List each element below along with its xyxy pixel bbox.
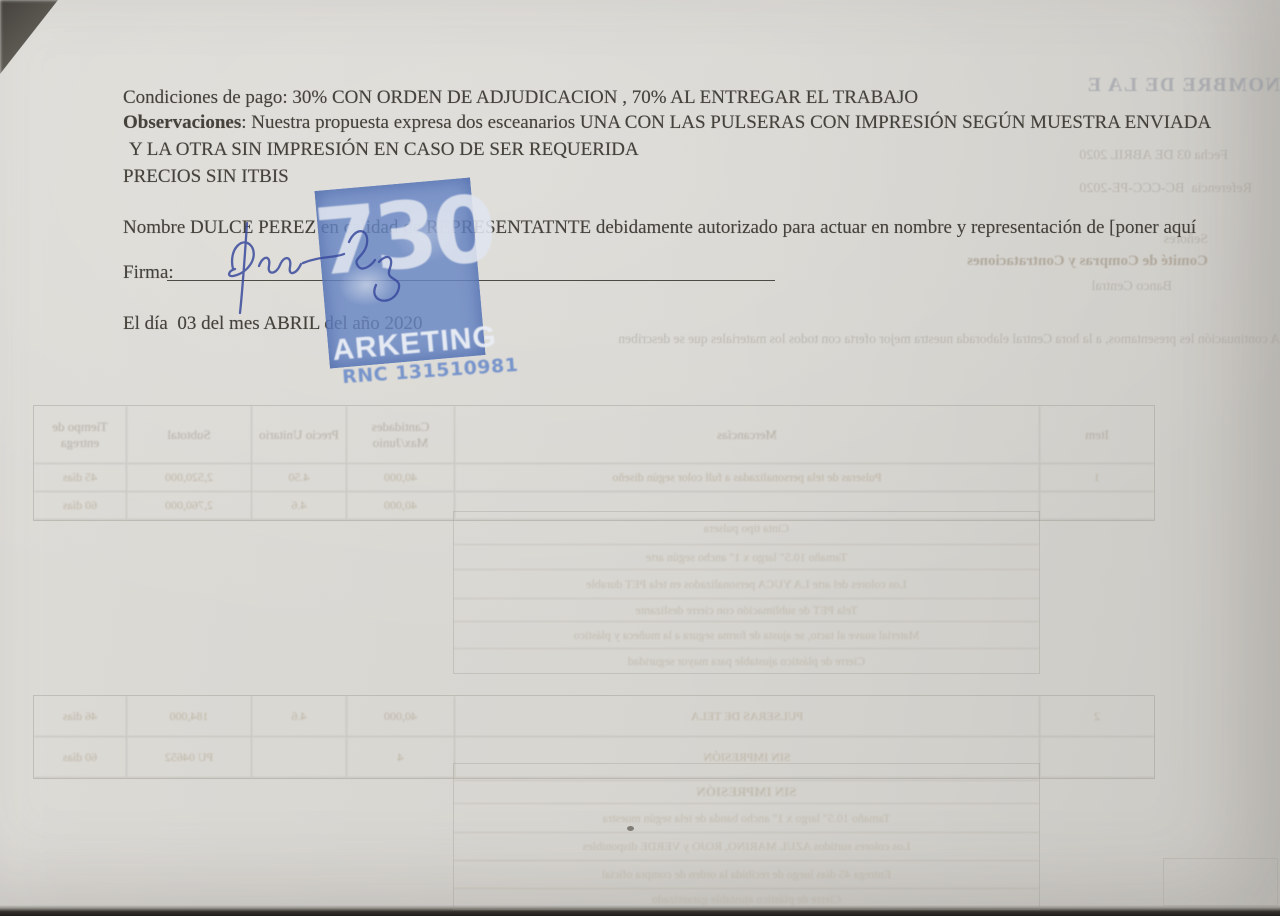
bleed-th-mercancias: Mercancías: [454, 406, 1039, 464]
bleed-th-precio: Precio Unitario: [251, 406, 346, 464]
observations-label: Observaciones: [123, 112, 241, 133]
bleed-cell: 2: [1039, 696, 1154, 737]
bleed-comite: Comité de Compras y Contrataciones: [967, 253, 1208, 270]
bleed-detail-rows: Cinta tipo pulsera Tamaño 10.5" largo x …: [453, 511, 1040, 674]
bleed-detail-row: Tamaño 10.5" largo x 1" ancho según arte: [454, 545, 1039, 570]
bleed-banco: Banco Central: [1092, 279, 1172, 295]
bleed-cell: PU 04652: [126, 737, 251, 778]
bleed-cell: 4.6: [251, 696, 346, 737]
bleed-table: Item Mercancías Cantidades Max/Junio Pre…: [33, 405, 1155, 521]
payment-conditions-line: Condiciones de pago: 30% CON ORDEN DE AD…: [123, 87, 918, 109]
bleed-cell: PULSERAS DE TELA: [454, 696, 1039, 737]
bleed-detail-row: Los colores del arte LA YUCA personaliza…: [454, 570, 1039, 599]
bleed-cell: 46 días: [34, 696, 126, 737]
bleed-detail-row: Cierre de plástico ajustable para mayor …: [454, 649, 1039, 673]
bleed-corner-cell: [1163, 858, 1278, 906]
bleed-cell: 1: [1039, 464, 1154, 492]
bleed-paragraph: A continuación les presentamos, a la hor…: [585, 331, 1280, 347]
bleed-detail-row: Cinta tipo pulsera: [454, 512, 1039, 545]
observations-line: Observaciones: Nuestra propuesta expresa…: [123, 112, 1211, 134]
bleed-cell: 60 días: [34, 737, 126, 778]
bleed-th-subtotal: Subtotal: [126, 406, 251, 464]
bleed-cell: 2,760,000: [126, 492, 251, 520]
bleed-bottom-row: [454, 764, 1039, 781]
bleed-cell: 45 días: [34, 464, 126, 492]
bleedthrough-layer: NOMBRE DE LA E Fecha 03 DE ABRIL 2020 Re…: [0, 0, 1280, 916]
bleed-th-cantidades: Cantidades Max/Junio: [346, 406, 454, 464]
bleed-th-item: Item: [1039, 406, 1154, 464]
bleed-bottom-row: Tamaño 10.5" largo x 1" ancho banda de t…: [454, 804, 1039, 833]
bleed-cell: 4: [346, 737, 454, 778]
bleed-fecha: Fecha 03 DE ABRIL 2020: [1079, 148, 1228, 164]
bleed-bottom-row: Cierre de plástico ajustable garantizado: [454, 889, 1039, 909]
bleed-cell: 4.6: [251, 492, 346, 520]
bleed-bottom-row: SIN IMPRESIÓN: [454, 781, 1039, 804]
bleed-cell: 40,000: [346, 492, 454, 520]
bleed-bottom-rows: SIN IMPRESIÓN Tamaño 10.5" largo x 1" an…: [453, 763, 1040, 910]
bleed-th-tiempo: Tiempo de entrega: [34, 406, 126, 464]
bleed-bottom-row: Los colores surtidos AZUL MARINO, ROJO y…: [454, 833, 1039, 861]
bleed-cell: 2,520,000: [126, 464, 251, 492]
prices-note-line: PRECIOS SIN ITBIS: [123, 166, 289, 188]
bleed-detail-row: Tela PET de sublimación con cierre desli…: [454, 599, 1039, 622]
scanned-document-photo: NOMBRE DE LA E Fecha 03 DE ABRIL 2020 Re…: [0, 0, 1280, 916]
bleed-detail-row: Material suave al tacto, se ajusta de fo…: [454, 622, 1039, 649]
bleed-cell: 40,000: [346, 464, 454, 492]
bleed-cell: Pulseras de tela personalizadas a full c…: [454, 464, 1039, 492]
bleed-cell: 184,000: [126, 696, 251, 737]
handwritten-signature: [213, 213, 423, 328]
bleed-cell: 4.50: [251, 464, 346, 492]
observations-line-2: Y LA OTRA SIN IMPRESIÓN EN CASO DE SER R…: [129, 139, 639, 161]
bleed-heading: NOMBRE DE LA E: [1086, 74, 1280, 97]
bleed-referencia: Referencia BC-CCC-PE-2020: [1079, 181, 1252, 197]
bleed-cell: [1039, 737, 1154, 778]
bleed-cell: [1039, 492, 1154, 520]
bleed-cell: 60 días: [34, 492, 126, 520]
bleed-cell: 40,000: [346, 696, 454, 737]
bleed-cell: [251, 737, 346, 778]
observations-text: : Nuestra propuesta expresa dos esceanar…: [241, 112, 1211, 133]
bleed-bottom-row: Entrega 45 días luego de recibida la ord…: [454, 861, 1039, 889]
